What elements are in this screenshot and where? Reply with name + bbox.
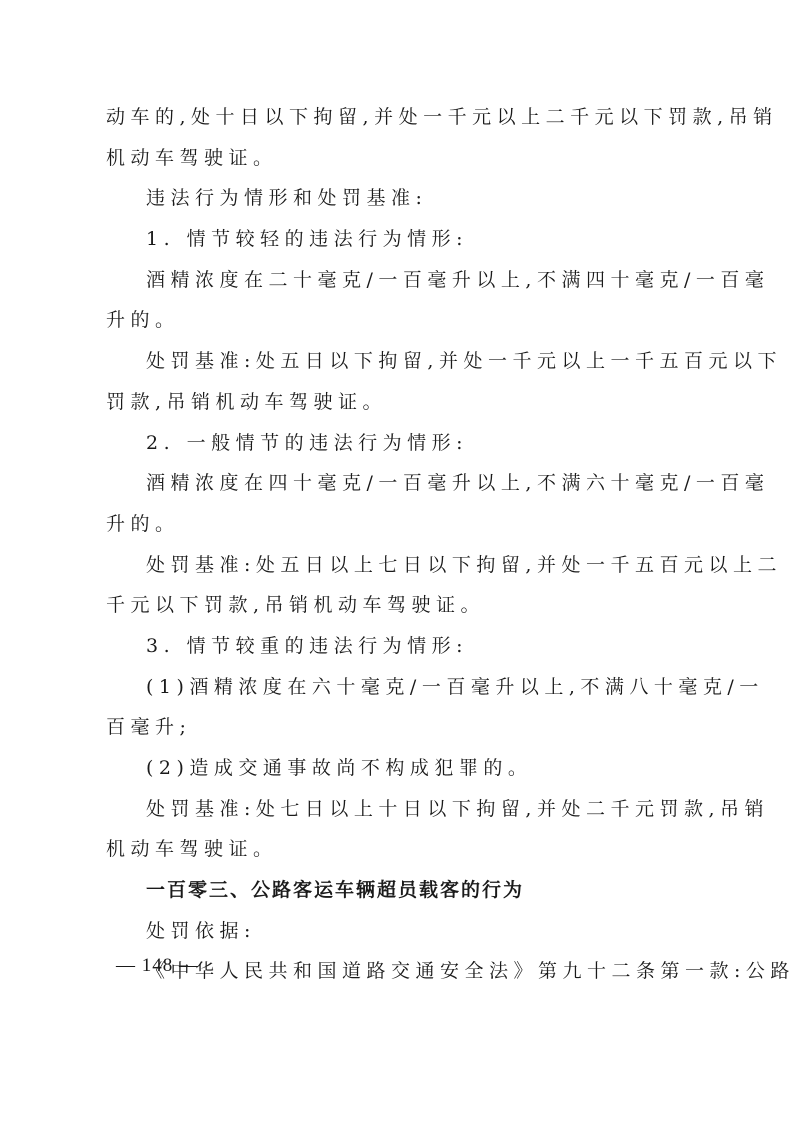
text-line: 酒精浓度在四十毫克/一百毫升以上,不满六十毫克/一百毫 [106,466,691,507]
text-line: 酒精浓度在二十毫克/一百毫升以上,不满四十毫克/一百毫 [106,263,691,304]
text-line: (2)造成交通事故尚不构成犯罪的。 [106,751,691,792]
text-line: 机动车驾驶证。 [106,832,691,873]
text-line: 处罚基准:处七日以上十日以下拘留,并处二千元罚款,吊销 [106,792,691,833]
basis-label: 处罚依据: [106,914,691,955]
document-page: 动车的,处十日以下拘留,并处一千元以上二千元以下罚款,吊销 机动车驾驶证。 违法… [106,100,691,995]
text-line: 动车的,处十日以下拘留,并处一千元以上二千元以下罚款,吊销 [106,100,691,141]
text-line: 百毫升; [106,710,691,751]
text-line: 处罚基准:处五日以上七日以下拘留,并处一千五百元以上二 [106,548,691,589]
text-line: 违法行为情形和处罚基准: [106,181,691,222]
section-heading: 一百零三、公路客运车辆超员载客的行为 [106,873,691,914]
text-line: 升的。 [106,303,691,344]
list-item-heading: 1. 情节较轻的违法行为情形: [106,222,691,263]
text-line: 千元以下罚款,吊销机动车驾驶证。 [106,588,691,629]
text-line: 升的。 [106,507,691,548]
text-line: (1)酒精浓度在六十毫克/一百毫升以上,不满八十毫克/一 [106,670,691,711]
list-item-heading: 2. 一般情节的违法行为情形: [106,426,691,467]
page-number: — 148 — [116,955,199,977]
text-line: 罚款,吊销机动车驾驶证。 [106,385,691,426]
text-line: 处罚基准:处五日以下拘留,并处一千元以上一千五百元以下 [106,344,691,385]
text-line: 机动车驾驶证。 [106,141,691,182]
list-item-heading: 3. 情节较重的违法行为情形: [106,629,691,670]
